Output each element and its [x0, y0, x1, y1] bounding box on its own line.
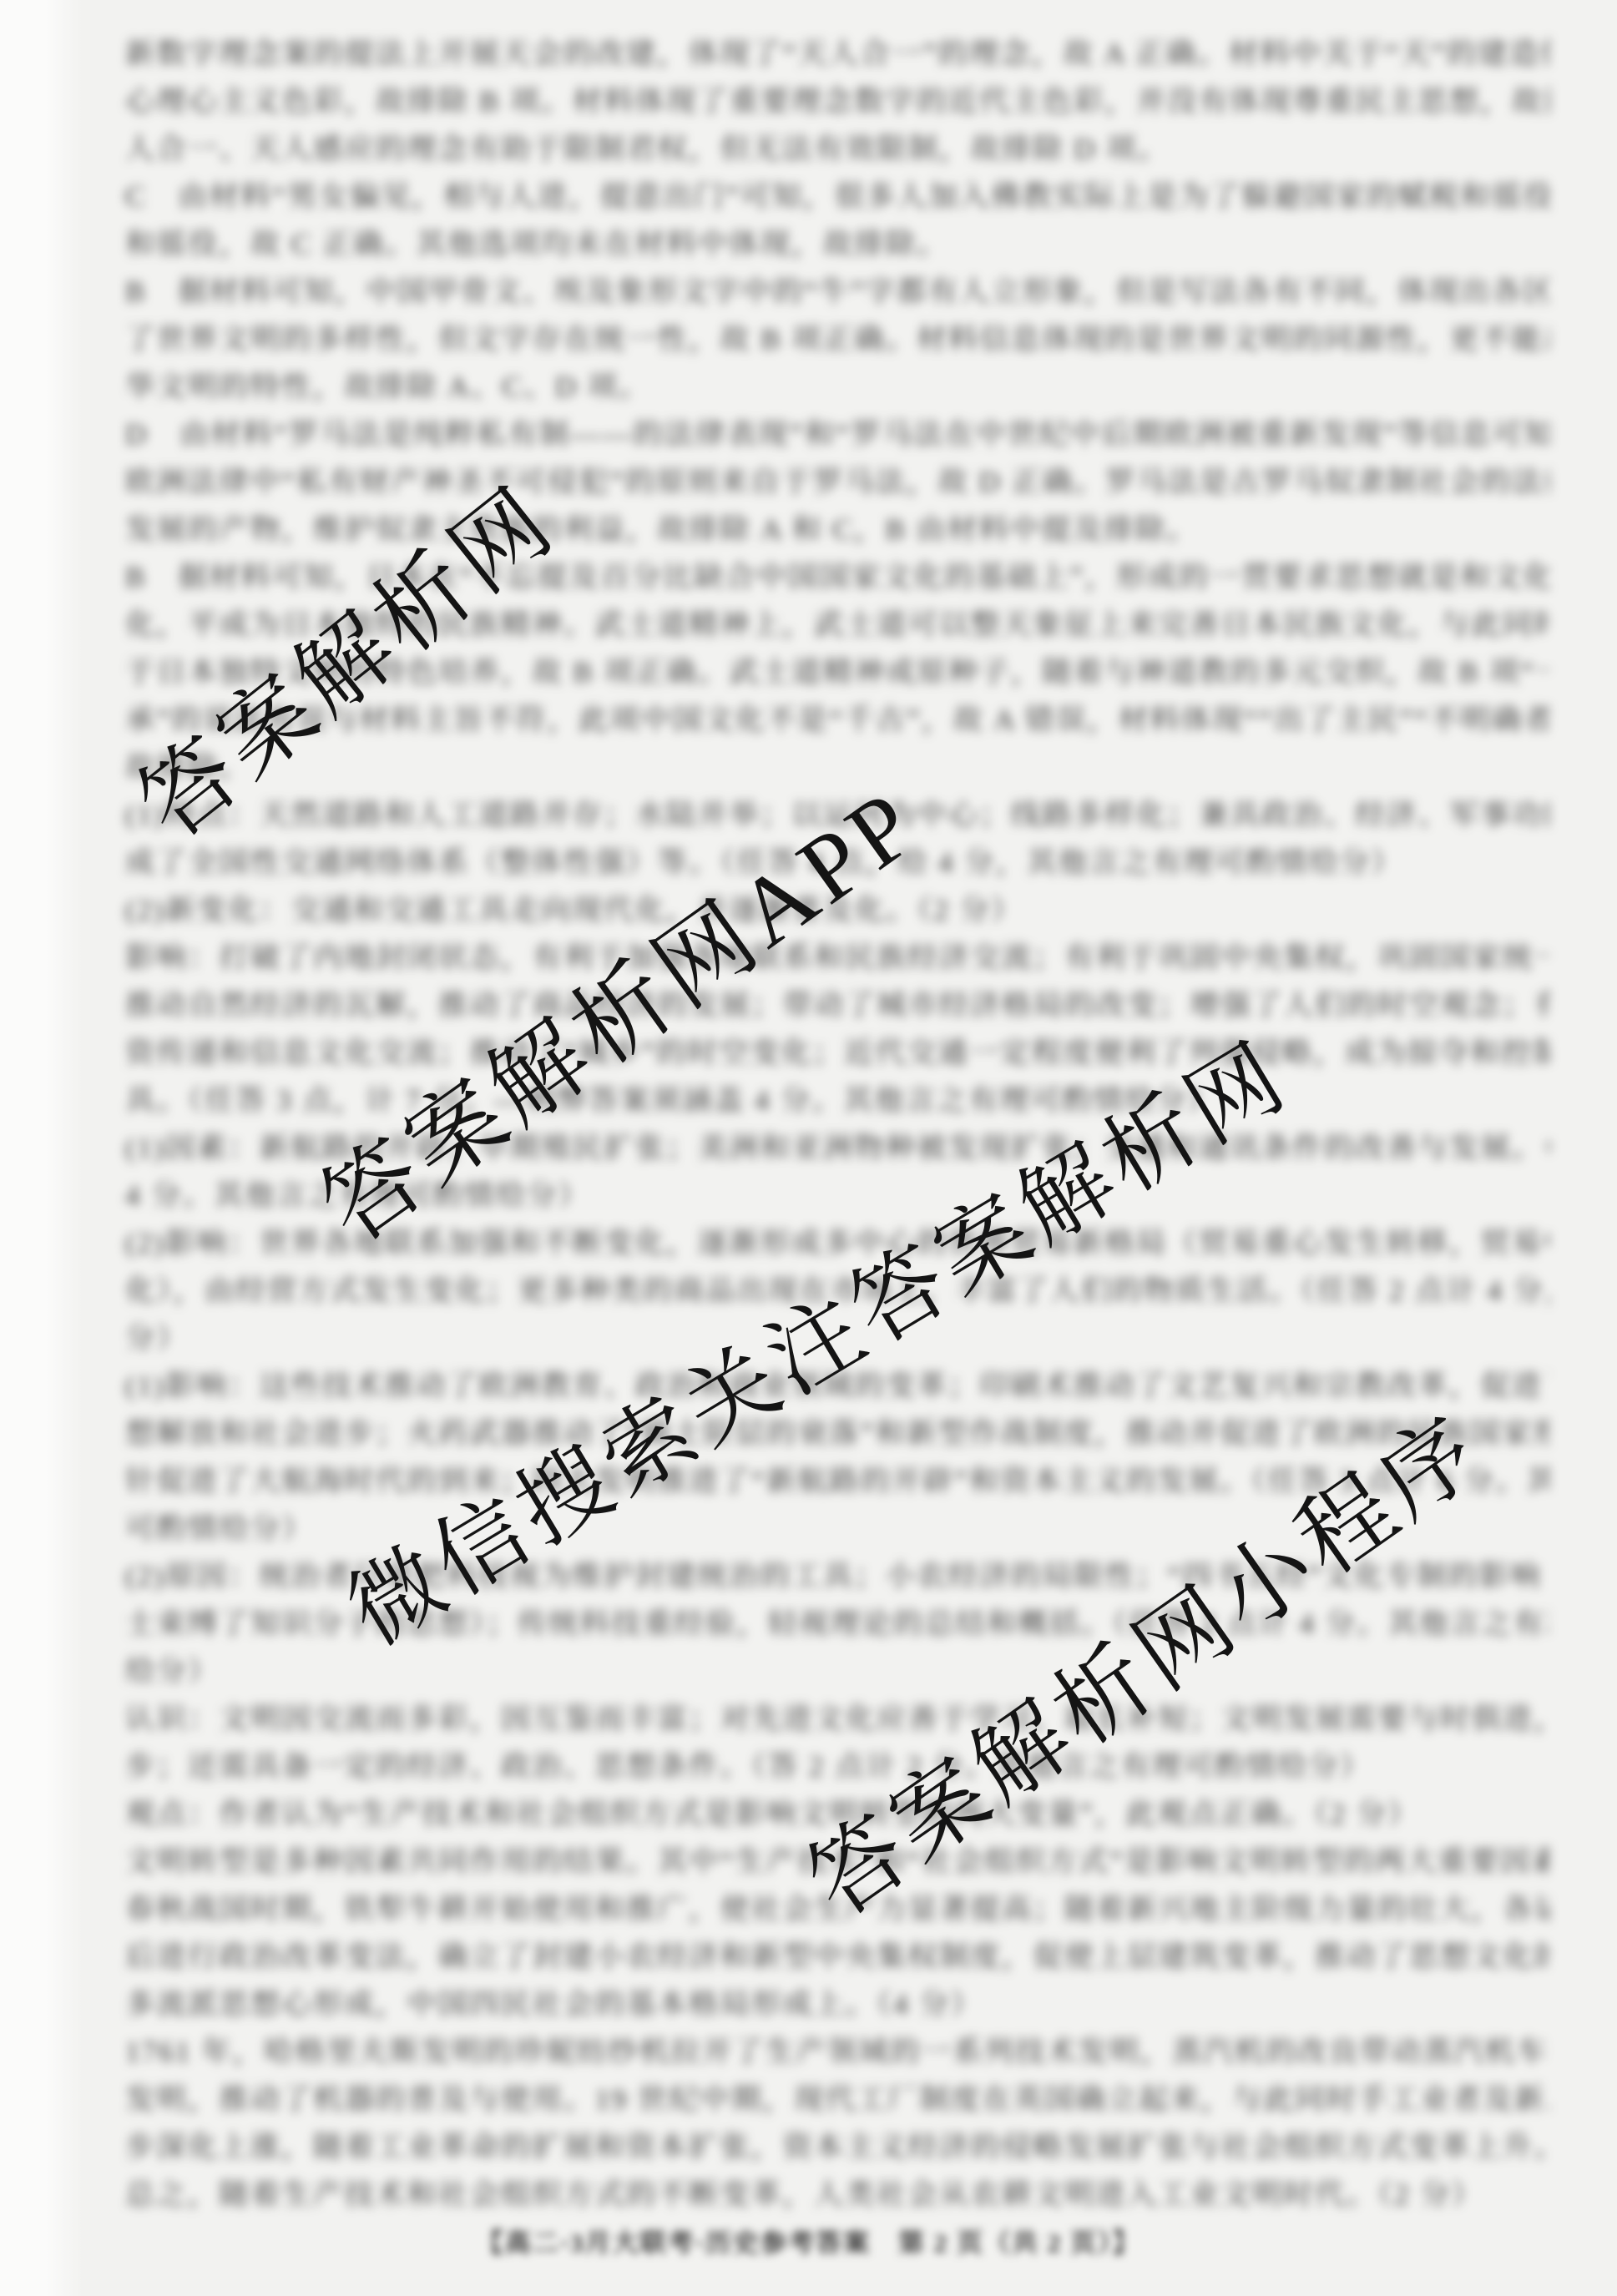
answer-line: B 据材料可知，中国甲骨文、埃及象形文字中的“牛”字都有人立形象，但是写法各有不… [125, 268, 1549, 315]
answer-line: (1)因素：新航路的开辟；早期殖民扩张；美洲和亚洲物种被发现扩张；交通和通讯条件… [125, 1124, 1549, 1172]
answer-line: 针促进了大航海时代的到来；四大发明推进了“新航路的开辟”和资本主义的发展。（任答… [125, 1457, 1549, 1505]
answer-line: 4 分。其他言之有理可酌情给分） [125, 1172, 589, 1219]
answer-line: 华文明的特性，故排除 A、C、D 项。 [125, 363, 650, 411]
answer-line: 观点：作者认为“生产技术和社会组织方式是影响文明转型的两大变量”，此观点正确。（… [125, 1790, 1419, 1838]
answer-line: 步；还需具备一定的经济、政治、思想条件。（答 2 点计 2 分。其他言之有理可酌… [125, 1743, 1372, 1790]
answer-line: 步深化上涨，随着工业革命的扩展和资本扩张，资本主义经济的侵略发展扩张与社会组织方… [125, 2123, 1549, 2171]
answer-line: 和徭役，故 C 正确。其他选项均未在材料中体现，故排除。 [125, 220, 948, 268]
answer-line: 于日本独特文明的特色培养，故 B 项正确。武士道精神或原种子，随着与神道教的多元… [125, 648, 1549, 696]
answer-line: (1)特点：天然道路和人工道路并存；水陆并举；以运河为中心；线路多样化；兼具政治… [125, 791, 1549, 839]
answer-line: 心理心主义色彩，故排除 B 项。材料体现了重要理念数字的近代主色彩，并没有体现尊… [125, 78, 1549, 125]
answer-line: 认识：文明因交流而多彩，因互鉴而丰富；对先进文化应善于学习、取长补短；文明发展需… [125, 1695, 1549, 1743]
answer-line: 给分） [125, 1648, 220, 1695]
answer-line: (2)新变化：交通和交通工具走向现代化，并逐渐普及化。（2 分） [125, 886, 1023, 934]
answer-line: D 由材料“罗马法是纯粹私有制——的法律表现”和“罗马法在中世纪中后期欧洲被重新… [125, 411, 1549, 458]
scanned-answer-page: { "page": { "background_color": "#f2f2f0… [0, 0, 1617, 2296]
answer-line: 多流派思想心形成，中国四民社会的基本格局形成上。（4 分） [125, 1981, 982, 2028]
answer-line: (2)影响：世界各地联系加强和不断变化，逐渐形成多中心的世界贸易新格局（贸易重心… [125, 1219, 1549, 1267]
answer-line: 影响：打破了内地封闭状态，有利于加强各地联系和民族经济交流；有利于巩固中央集权，… [125, 934, 1549, 981]
document-text-layer: 新数字理念案的提法上开展天会的改建，体现了“天人合一”的理念，故 A 正确。材料… [0, 0, 1617, 2296]
page-footer: 【高二·3月大联考·历史参考答案 第 2 页（共 2 页）】 [478, 2222, 1140, 2259]
answer-line: B 据材料可知，日本在“不忘提及百分比缺合中国国家文化的基础上”，形成的一贯要求… [125, 553, 1549, 601]
answer-line: 新数字理念案的提法上开展天会的改建，体现了“天人合一”的理念，故 A 正确。材料… [125, 30, 1549, 78]
answer-line: C 由材料“男女偏见，相与人进，提意出门”可知，很多人加入佛教实际上是为了躲避国… [125, 173, 1549, 220]
answer-line: 具。（任答 3 点，计 7 分。—利弊答案须涵盖 4 分。其他言之有理可酌情给分… [125, 1077, 1219, 1124]
answer-line: 了世界文明的多样性，但文字存在统一性，故 B 项正确。材料信息体现的是世界文明的… [125, 315, 1549, 363]
answer-line: 发明，推动了机器的普及与使用。19 世纪中期，现代工厂制度在英国确立起来，与此同… [125, 2076, 1549, 2123]
answer-line: 士束缚了知识分子的思想）；传统科技重经验，轻视理论的总结和概括。（任答 2 点计… [125, 1600, 1549, 1648]
answer-line: 资传递和信息文化交流；推动了“城乡”的时空变化；近代交通一定程度便利了列强侵略，… [125, 1029, 1549, 1077]
answer-line: 总之，随着生产技术和社会组织方式的不断变革，人类社会从农耕文明进入工业文明时代。… [125, 2171, 1483, 2218]
answer-line: 发展的产物，维护奴隶主贵族的利益，故排除 A 和 C，B 由材料中提及排除。 [125, 506, 1198, 553]
answer-line: (1)影响：这些技术推动了欧洲教育、政治和商业领域的变革；印刷术推动了文艺复兴和… [125, 1362, 1549, 1410]
answer-line: 春秋战国时期，铁犁牛耕开始使用和推广，使社会生产力显著提高；随着新兴地主阶级力量… [125, 1885, 1549, 1933]
answer-line: 化，平成为日本独特的民族精神。武士道精神上，武士道可以整天象征上来完善日本民族文… [125, 601, 1549, 648]
answer-line: 文明转型是多种因素共同作用的结果。其中“生产技术”和“社会组织方式”是影响文明转… [125, 1838, 1549, 1885]
answer-line: 故排除。 [125, 744, 250, 791]
answer-line: 人合一、天人感应的理念有助于限制君权，但无法有效限制，故排除 D 项。 [125, 125, 1169, 173]
answer-line: 后进行政治改革变法，确立了封建小农经济和新型中央集权制度，促使上层建筑变革，推动… [125, 1933, 1549, 1981]
answer-line: 欧洲法律中“私有财产神圣不可侵犯”的原则来自于罗马法，故 D 正确。罗马法是古罗… [125, 458, 1549, 506]
answer-line: 化），由经营方式发生变化；更多种类的商品出现在市场上，丰富了人们的物质生活。（任… [125, 1267, 1549, 1315]
answer-line: 承”的说法有误与材料主旨不符，此项中国文化不是“千古”，故 A 错误，材料体现“… [125, 696, 1549, 744]
answer-line: 分） [125, 1315, 188, 1362]
answer-line: 成了全国性交通网络体系（整体性强）等。（任答 4 点，给 4 分，其他言之有理可… [125, 839, 1402, 886]
answer-line: 推动自然经济的瓦解，推动了商品经济的发展；带动了城市经济格局的改变；增强了人们的… [125, 981, 1549, 1029]
answer-line: 可酌情给分） [125, 1505, 313, 1552]
answer-line: 想解放和社会进步；火药武器推动了“骑士阶层的衰落”和新型作战制度，推动并促进了欧… [125, 1410, 1549, 1457]
answer-line: 1761 年，哈格里夫斯发明的珍妮纺纱机拉开了生产领域的一系列技术发明，蒸汽机的… [125, 2028, 1549, 2076]
answer-line: (2)原因：统治者只是把科技视为维护封建统治的工具；小农经济的局限性；“四书五经… [125, 1552, 1549, 1600]
